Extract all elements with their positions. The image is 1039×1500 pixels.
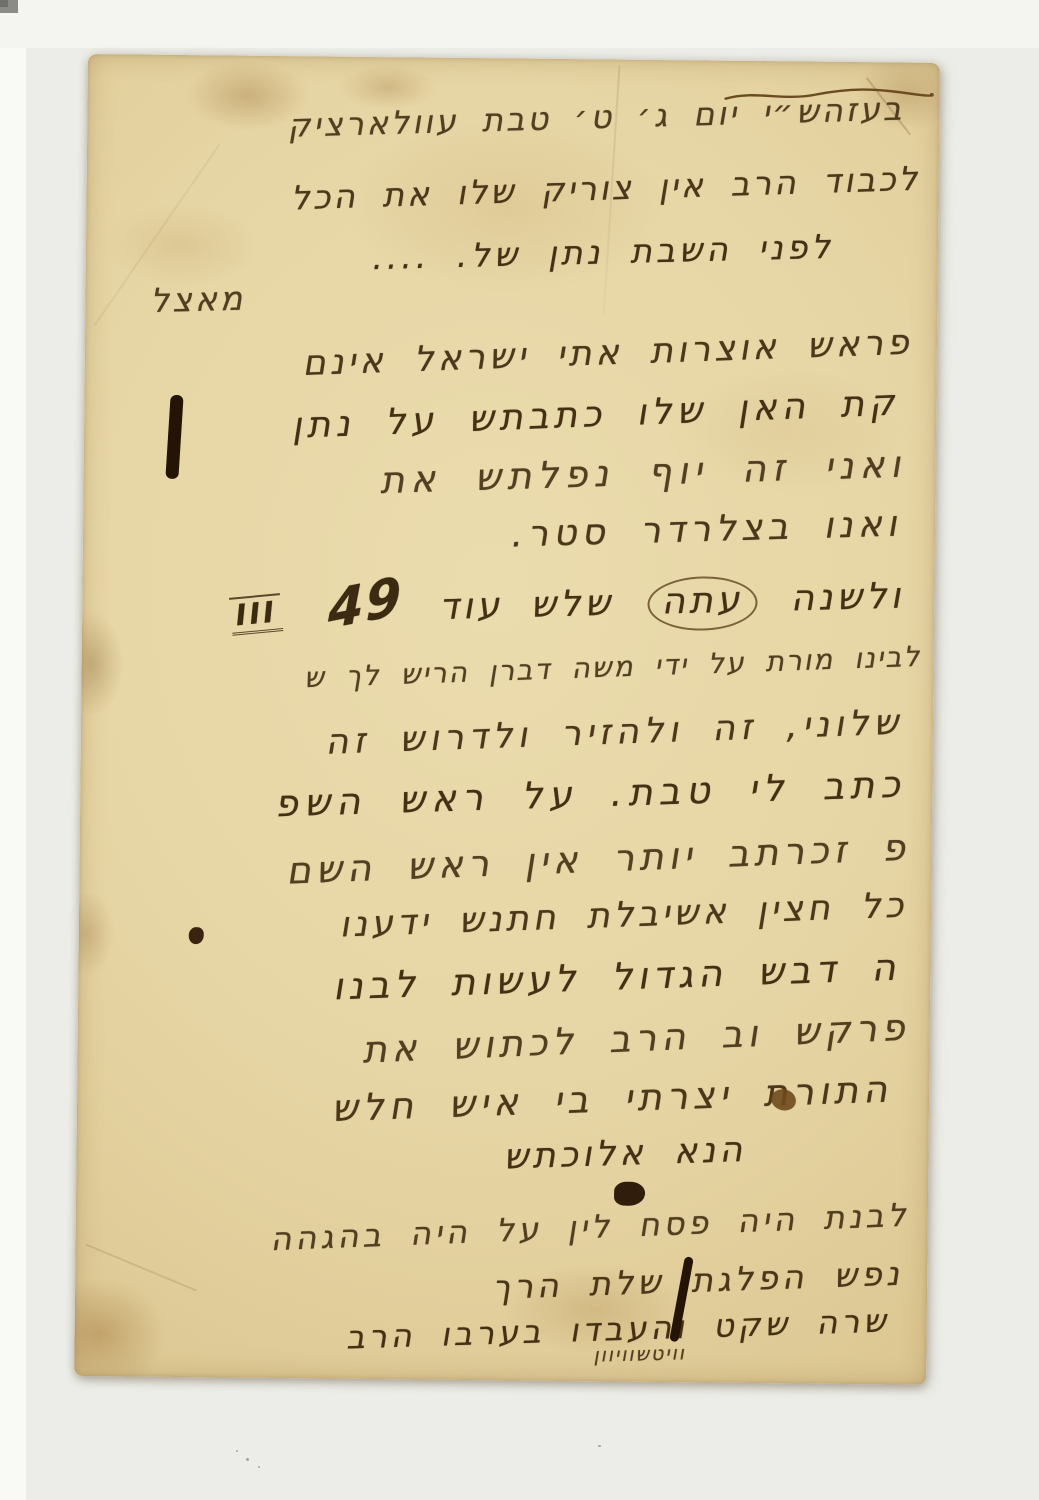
hand-line: כתב לי טבת. על ראש השפ <box>274 766 906 823</box>
dust-speck <box>246 1458 249 1461</box>
dust-speck <box>598 1445 601 1447</box>
hand-line: שלוני, זה ולהזיר ולדרוש זה <box>324 706 903 761</box>
scanner-corner-shadow-dark <box>0 0 8 7</box>
hand-line: בעזהש״י יום ג׳ ט׳ טבת עוולארציק <box>288 93 905 142</box>
hand-line: פרקש וב הרב לכתוש את <box>362 1009 911 1069</box>
scanned-letter-page: בעזהש״י יום ג׳ ט׳ טבת עוולארציקלכבוד הרב… <box>0 0 1039 1500</box>
scanner-top-band <box>0 0 1039 48</box>
hand-line: כל חצין אשיבלת חתנש ידענו <box>339 889 908 944</box>
dust-speck <box>258 1466 260 1468</box>
number-mark: 49 <box>328 570 403 638</box>
hand-line: לכבוד הרב אין צוריק שלו את הכל <box>291 162 921 215</box>
hand-line: ה דבש הגדול לעשות לבנו <box>332 949 901 1006</box>
paper-crease-bottom-left <box>86 1244 198 1292</box>
heavy-ink-stroke <box>165 395 183 480</box>
ink-blot <box>614 1182 645 1206</box>
hand-line: לבינו מורת על ידי משה דברן הריש לך ש <box>304 643 922 693</box>
hand-line: הנא אלוכתש <box>504 1133 748 1176</box>
handwriting-block: בעזהש״י יום ג׳ ט׳ טבת עוולארציקלכבוד הרב… <box>88 54 940 63</box>
hand-line: פראש אוצרות אתי ישראל אינם <box>302 326 914 382</box>
paper-surface: בעזהש״י יום ג׳ ט׳ טבת עוולארציקלכבוד הרב… <box>74 54 940 1385</box>
hand-line: ולשנה עתה שלש עוד 49 III <box>220 565 905 643</box>
hand-line: פ זכרתב יותר אין ראש השם <box>285 829 910 890</box>
aged-letter-paper: בעזהש״י יום ג׳ ט׳ טבת עוולארציקלכבוד הרב… <box>74 54 940 1385</box>
hand-word: ולשנה <box>790 576 905 620</box>
ink-blot <box>189 927 204 944</box>
hand-line: מאצל <box>150 282 246 317</box>
hand-line: התורת יצרתי בי איש חלש <box>331 1070 893 1127</box>
hand-word: שלש עוד <box>439 583 615 628</box>
hand-line: ואנו בצלרדר סטר. <box>510 507 901 554</box>
circled: עתה <box>647 575 758 632</box>
roman: III <box>229 593 284 636</box>
hand-line: לפני השבת נתן של. .... <box>372 230 835 274</box>
hand-line: נפש הפלגת שלת הרך <box>492 1257 904 1304</box>
scanner-edge-strip <box>0 0 26 1500</box>
hand-line: וויטשוויוון <box>594 1344 687 1365</box>
hand-line: לבנת היה פסח לין על היה בהגהה <box>270 1199 911 1256</box>
dust-speck <box>236 1450 238 1452</box>
hand-line: קת האן שלו כתבתש על נתן <box>291 386 900 445</box>
hand-line: ואני זה יוף נפלתש את <box>379 446 906 500</box>
